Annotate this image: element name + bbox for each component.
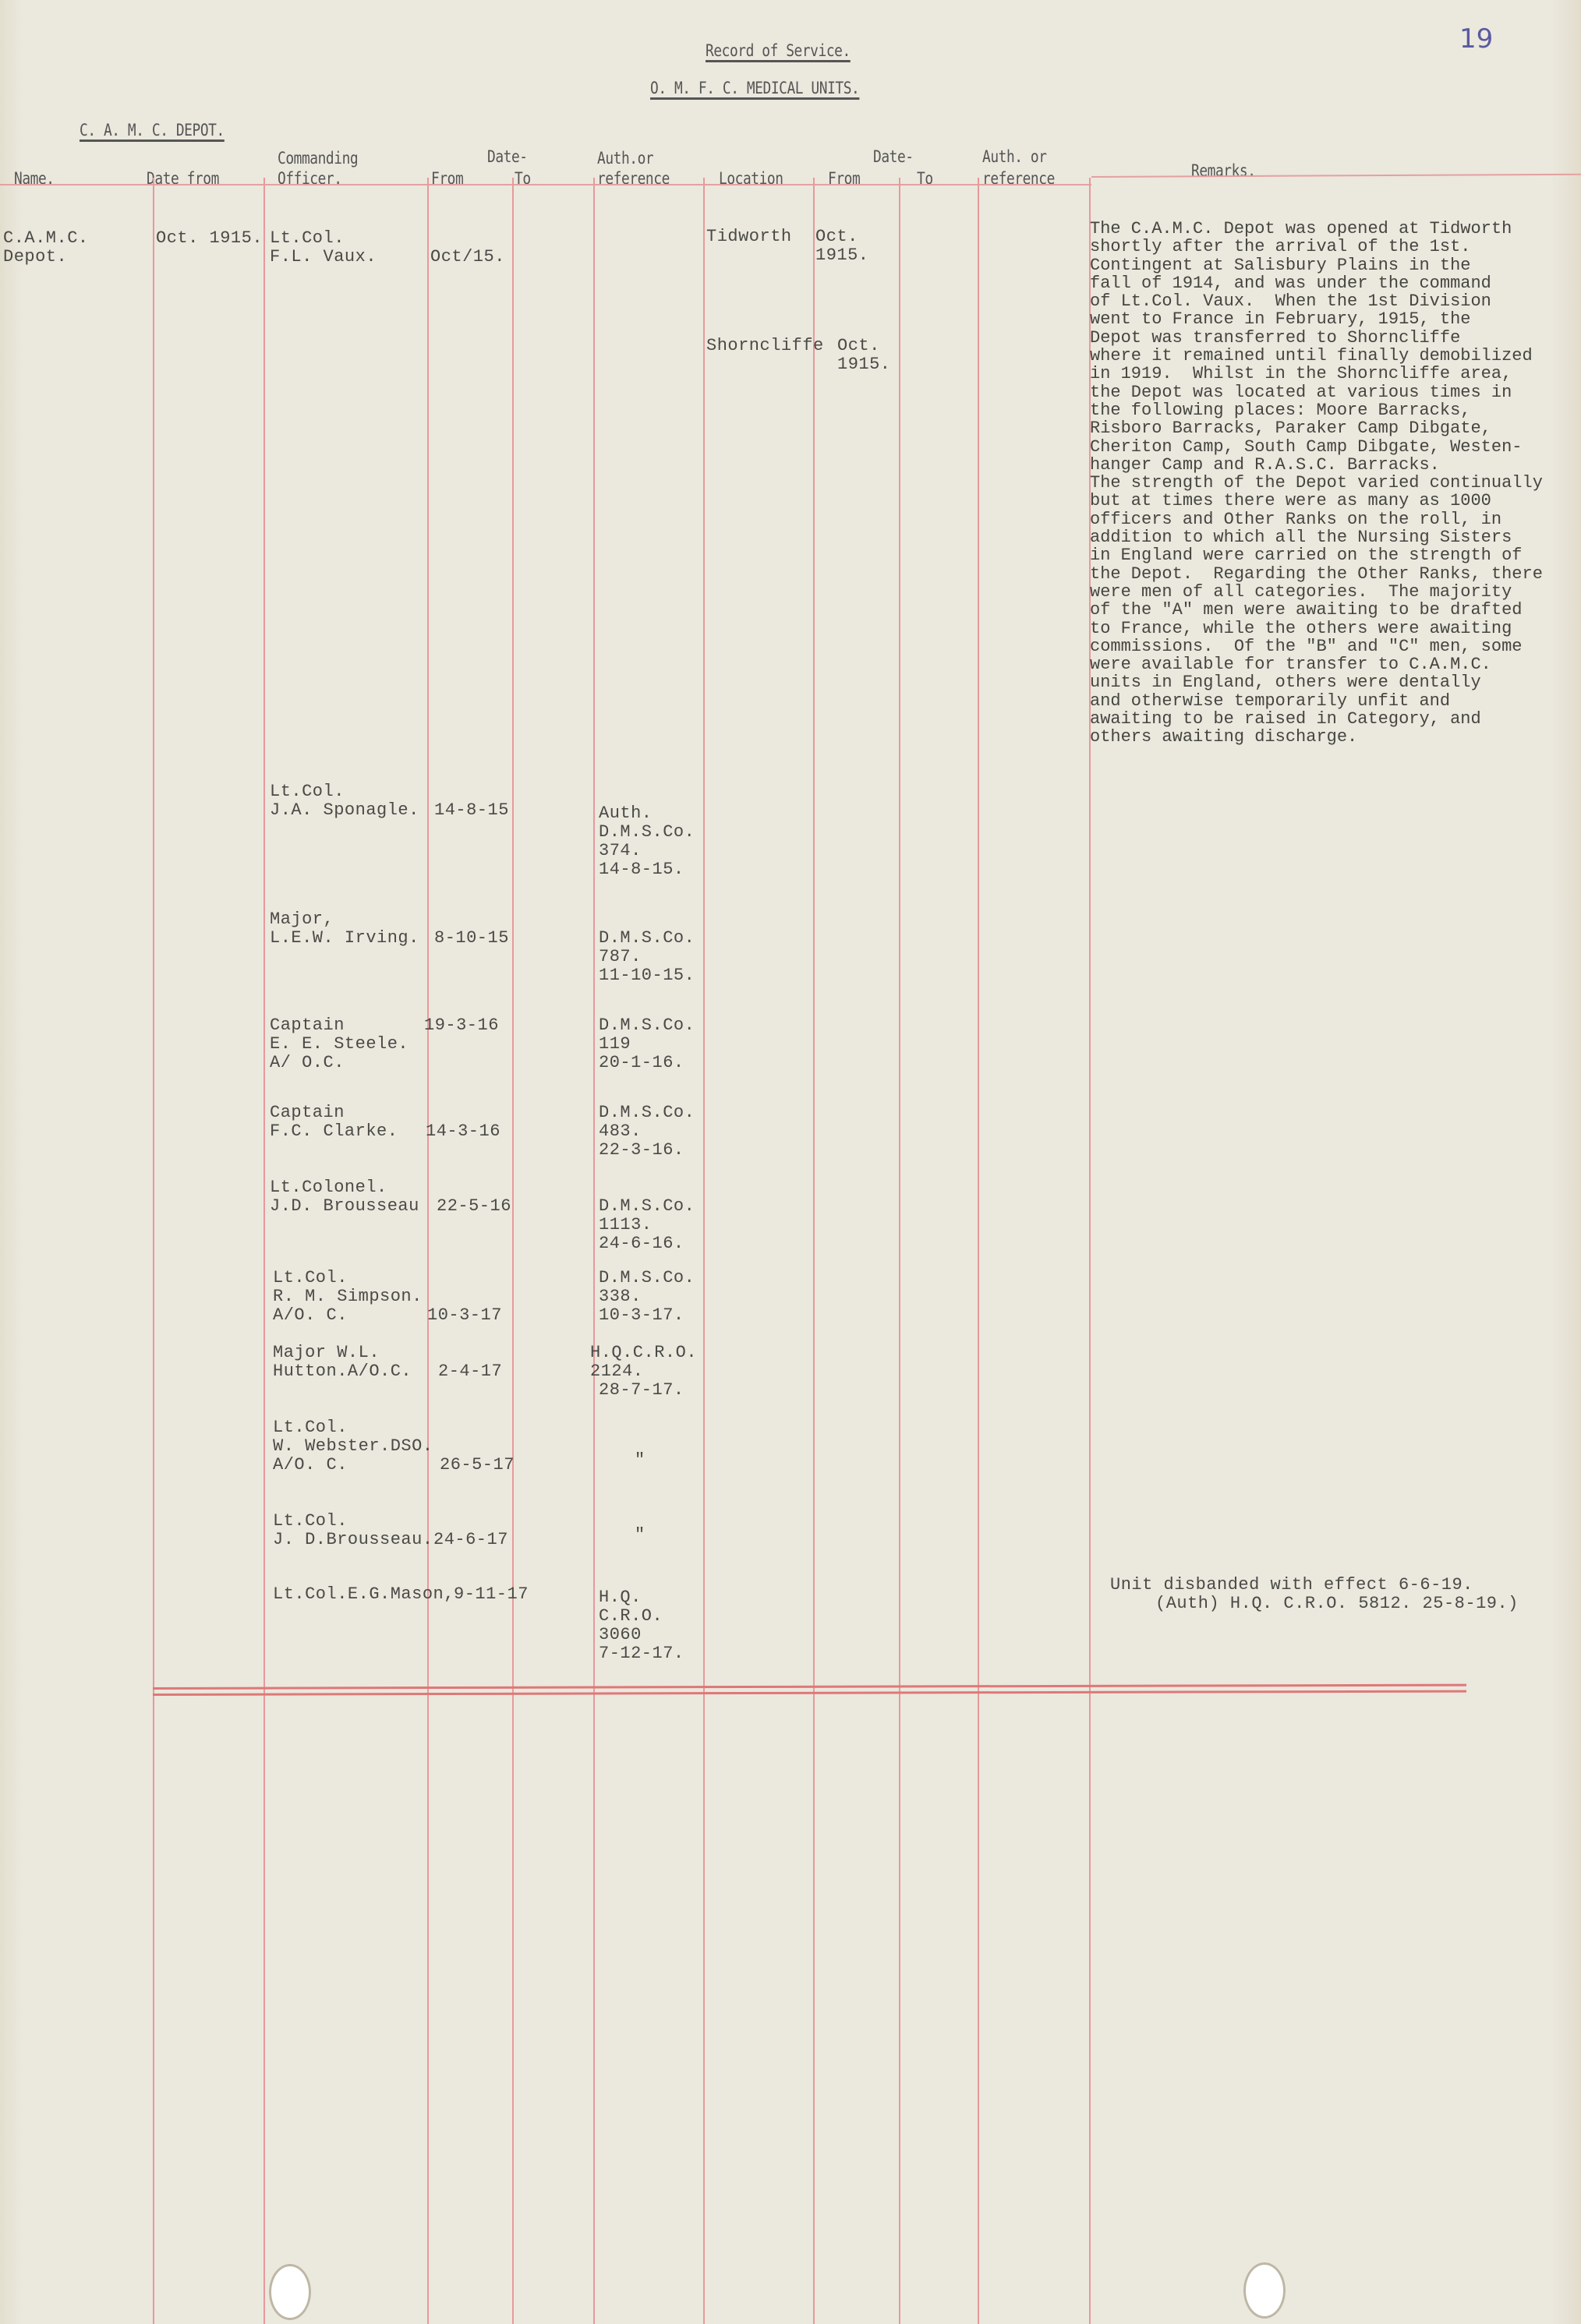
header-commanding-officer-2: Officer.: [278, 170, 342, 188]
header-co-date: Date-: [487, 148, 528, 166]
officer-rank: Major,: [270, 910, 334, 928]
officer-name: Hutton.A/O.C.: [273, 1362, 412, 1380]
officer-name: Lt.Col.E.G.Mason,: [273, 1585, 454, 1603]
column-divider: [427, 178, 429, 2324]
remarks-disbanded-auth: (Auth) H.Q. C.R.O. 5812. 25-8-19.): [1155, 1595, 1519, 1612]
officer-from: 22-5-16: [437, 1197, 511, 1215]
officer-auth: 22-3-16.: [599, 1141, 684, 1159]
officer-auth: 3060: [599, 1626, 642, 1644]
closing-double-rule: [153, 1684, 1466, 1690]
header-date-from: Date from: [147, 170, 219, 188]
location-name: Shorncliffe: [706, 337, 824, 355]
unit-name-line2: Depot.: [3, 248, 67, 266]
page-number: 19: [1459, 23, 1493, 55]
officer-auth: D.M.S.Co.: [599, 1197, 695, 1215]
officer-auth: 1113.: [599, 1216, 653, 1234]
officer-auth: C.R.O.: [599, 1607, 663, 1625]
officer-from: 10-3-17: [427, 1306, 502, 1324]
officer-auth: D.M.S.Co.: [599, 823, 695, 841]
officer-auth: 787.: [599, 948, 642, 966]
officer-from: 2-4-17: [438, 1362, 502, 1380]
officer-auth: D.M.S.Co.: [599, 1269, 695, 1287]
location-from: Oct.: [837, 337, 880, 355]
officer-auth: 10-3-17.: [599, 1306, 684, 1324]
officer-name: E. E. Steele.: [270, 1035, 409, 1053]
unit-name-line1: C.A.M.C.: [3, 229, 89, 247]
officer-name: L.E.W. Irving.: [270, 929, 419, 947]
officer-auth: 20-1-16.: [599, 1054, 684, 1072]
officer-auth: Auth.: [599, 804, 653, 822]
officer-rank: Lt.Col.: [273, 1418, 348, 1436]
header-rule-remarks: [1091, 174, 1581, 178]
remarks-history: The C.A.M.C. Depot was opened at Tidwort…: [1090, 220, 1543, 747]
header-name: Name.: [14, 170, 55, 188]
officer-auth: 2124.: [590, 1362, 644, 1380]
officer-rank: Captain: [270, 1104, 345, 1121]
officer-from: 24-6-17: [433, 1531, 508, 1549]
page-title: Record of Service.: [706, 42, 851, 60]
header-auth-1: Auth.or: [597, 150, 653, 168]
page-subtitle: O. M. F. C. MEDICAL UNITS.: [650, 79, 859, 97]
officer-auth: 28-7-17.: [599, 1381, 684, 1399]
officer-rank: Captain: [270, 1016, 345, 1034]
officer-acting: A/O. C.: [273, 1456, 348, 1474]
header-remarks: Remarks.: [1191, 162, 1256, 180]
column-divider: [593, 178, 595, 2324]
officer-auth: 11-10-15.: [599, 966, 695, 984]
officer-name: R. M. Simpson.: [273, 1287, 423, 1305]
officer-auth: 483.: [599, 1122, 642, 1140]
column-divider: [263, 178, 265, 2324]
officer-rank: Lt.Col.: [273, 1269, 348, 1287]
column-divider: [899, 178, 900, 2324]
officer-from: 19-3-16: [424, 1016, 499, 1034]
officer-auth: D.M.S.Co.: [599, 1016, 695, 1034]
officer-name: J. D.Brousseau.: [273, 1531, 433, 1549]
officer-from: 9-11-17: [454, 1585, 529, 1603]
column-divider: [978, 178, 979, 2324]
location-from: 1915.: [815, 246, 869, 264]
officer-auth: 7-12-17.: [599, 1644, 684, 1662]
officer-auth: 338.: [599, 1287, 642, 1305]
column-divider: [153, 178, 154, 2324]
location-name: Tidworth: [706, 228, 792, 245]
header-loc-auth-1: Auth. or: [982, 148, 1047, 166]
officer-rank: Lt.Col.: [273, 1512, 348, 1530]
officer-from: Oct/15.: [430, 248, 505, 266]
officer-auth: 119: [599, 1035, 631, 1053]
header-rule: [0, 184, 1091, 185]
location-from: Oct.: [815, 228, 858, 245]
officer-rank: Lt.Col.: [270, 782, 345, 800]
location-from: 1915.: [837, 355, 891, 373]
officer-name: J.D. Brousseau: [270, 1197, 419, 1215]
officer-rank: Lt.Col.: [270, 229, 345, 247]
header-auth-2: reference: [597, 170, 670, 188]
column-divider: [813, 178, 815, 2324]
officer-name: W. Webster.DSO.: [273, 1437, 433, 1455]
header-co-from: From: [431, 170, 463, 188]
punch-hole: [1243, 2262, 1286, 2319]
officer-auth: 14-8-15.: [599, 860, 684, 878]
officer-from: 26-5-17: [440, 1456, 515, 1474]
ditto-mark: ": [635, 1526, 645, 1544]
header-loc-date: Date-: [873, 148, 914, 166]
officer-rank: Major W.L.: [273, 1344, 380, 1362]
column-divider: [512, 178, 514, 2324]
header-loc-to: To: [917, 170, 933, 188]
ditto-mark: ": [635, 1451, 645, 1469]
officer-name: J.A. Sponagle.: [270, 801, 419, 819]
header-loc-auth-2: reference: [982, 170, 1055, 188]
closing-double-rule: [153, 1690, 1466, 1696]
officer-auth: 374.: [599, 842, 642, 860]
officer-name: F.C. Clarke.: [270, 1122, 398, 1140]
column-divider: [703, 178, 705, 2324]
header-loc-from: From: [828, 170, 860, 188]
officer-auth: H.Q.: [599, 1588, 642, 1606]
officer-from: 14-8-15: [434, 801, 509, 819]
officer-auth: H.Q.C.R.O.: [590, 1344, 697, 1362]
officer-auth: 24-6-16.: [599, 1234, 684, 1252]
header-commanding-officer-1: Commanding: [278, 150, 358, 168]
unit-heading: C. A. M. C. DEPOT.: [80, 122, 225, 140]
remarks-disbanded: Unit disbanded with effect 6-6-19.: [1110, 1576, 1473, 1594]
officer-acting: A/O. C.: [273, 1306, 348, 1324]
officer-from: 14-3-16: [426, 1122, 500, 1140]
officer-name: F.L. Vaux.: [270, 248, 377, 266]
officer-from: 8-10-15: [434, 929, 509, 947]
officer-auth: D.M.S.Co.: [599, 929, 695, 947]
punch-hole: [269, 2264, 311, 2320]
officer-acting: A/ O.C.: [270, 1054, 345, 1072]
header-location: Location: [719, 170, 783, 188]
unit-date-from: Oct. 1915.: [156, 229, 263, 247]
officer-auth: D.M.S.Co.: [599, 1104, 695, 1121]
header-co-to: To: [515, 170, 531, 188]
officer-rank: Lt.Colonel.: [270, 1178, 387, 1196]
